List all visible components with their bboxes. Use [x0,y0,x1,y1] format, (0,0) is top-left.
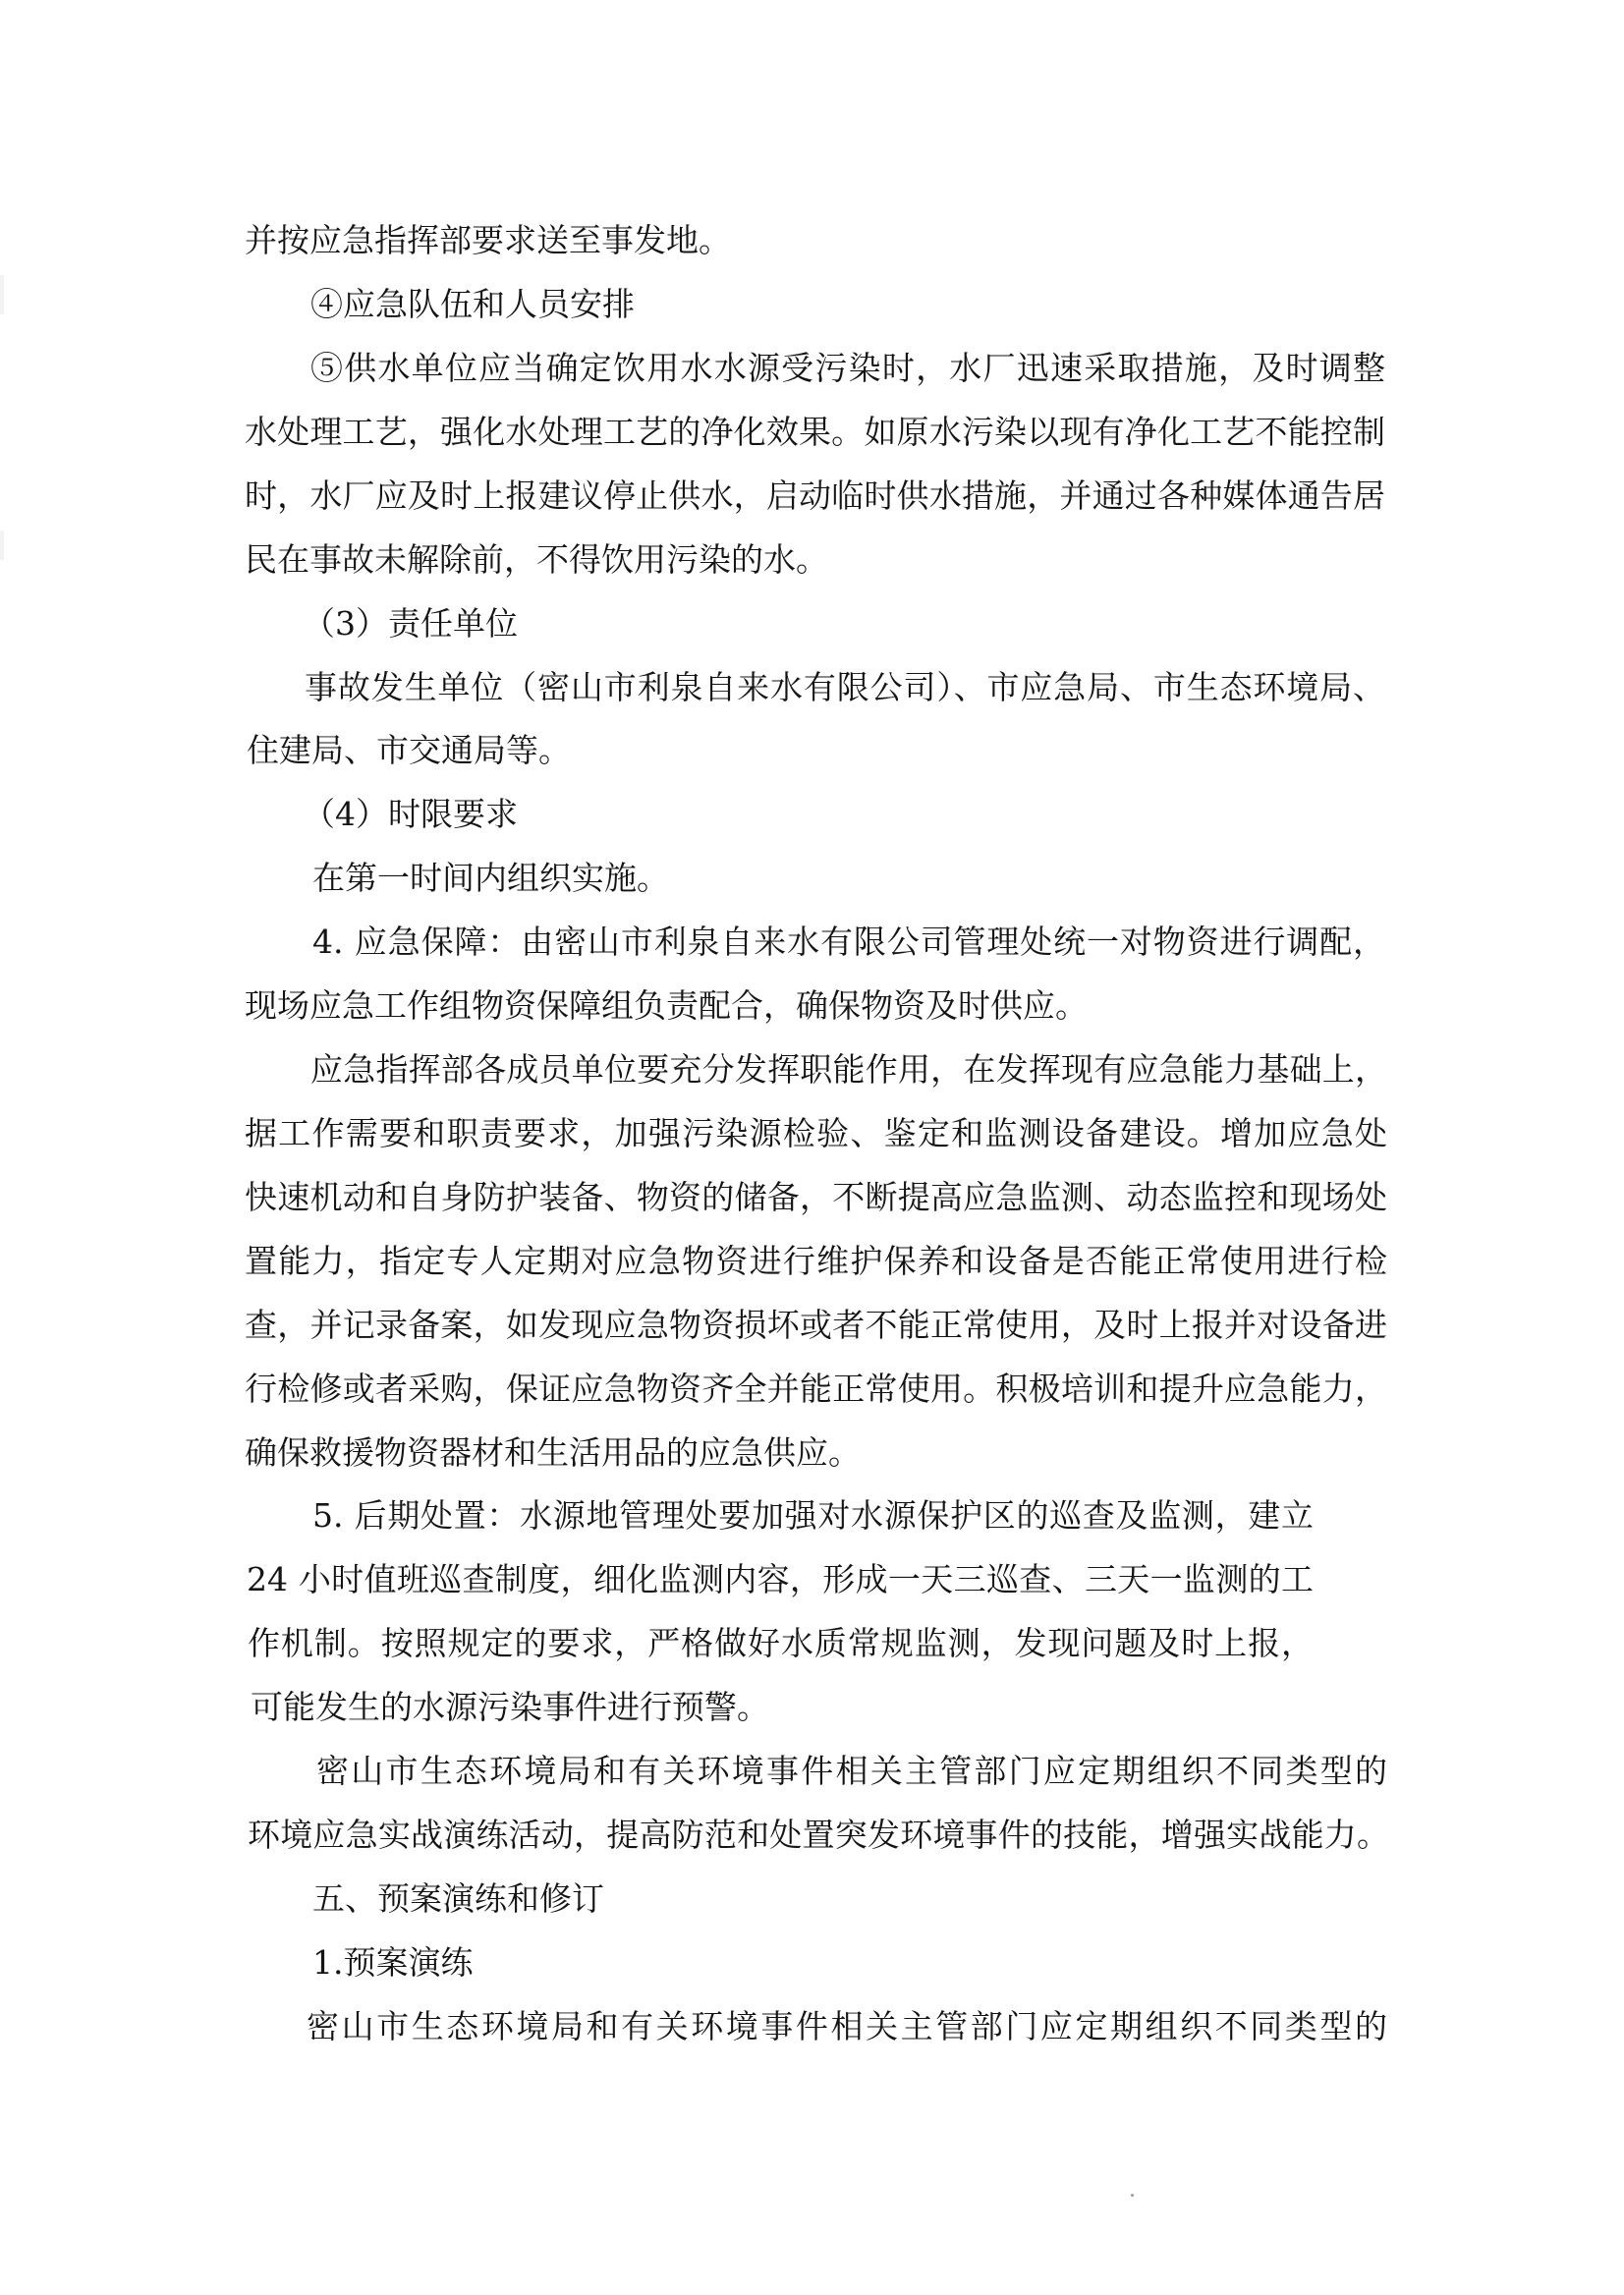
paragraph-line: 民在事故未解除前，不得饮用污染的水。 [245,529,828,591]
paragraph-line: ⑤供水单位应当确定饮用水水源受污染时，水厂迅速采取措施，及时调整 [310,337,1385,400]
document-page: 并按应急指挥部要求送至事发地。 ④应急队伍和人员安排 ⑤供水单位应当确定饮用水水… [0,0,1624,2295]
subsection-heading: （3）责任单位 [303,592,518,655]
paragraph-line: 5. 后期处置：水源地管理处要加强对水源保护区的巡查及监测，建立 [312,1484,1314,1547]
paragraph-line: 事故发生单位（密山市利泉自来水有限公司）、市应急局、市生态环境局、市 [305,656,1385,719]
paragraph-line: 查，并记录备案，如发现应急物资损坏或者不能正常使用，及时上报并对设备进 [245,1294,1387,1357]
paragraph-line: 密山市生态环境局和有关环境事件相关主管部门应定期组织不同类型的 [316,1740,1387,1803]
section-heading: 五、预案演练和修订 [312,1868,604,1931]
paragraph-line: 密山市生态环境局和有关环境事件相关主管部门应定期组织不同类型的 [307,1995,1387,2058]
paragraph-line: 并按应急指挥部要求送至事发地。 [245,209,731,272]
paragraph-line: 据工作需要和职责要求，加强污染源检验、鉴定和监测设备建设。增加应急处置、 [245,1102,1387,1165]
paragraph-line: 行检修或者采购，保证应急物资齐全并能正常使用。积极培训和提升应急能力， [245,1358,1387,1421]
scan-speck [1131,2194,1134,2197]
paragraph-line: 24 小时值班巡查制度，细化监测内容，形成一天三巡查、三天一监测的工 [247,1548,1314,1611]
paragraph-line: 置能力，指定专人定期对应急物资进行维护保养和设备是否能正常使用进行检 [245,1230,1387,1293]
paragraph-line: 作机制。按照规定的要求，严格做好水质常规监测，发现问题及时上报，对 [248,1612,1314,1675]
paragraph-line: 应急指挥部各成员单位要充分发挥职能作用，在发挥现有应急能力基础上，根 [310,1038,1387,1101]
paragraph-line: 快速机动和自身防护装备、物资的储备，不断提高应急监测、动态监控和现场处 [245,1166,1387,1229]
list-item-heading: ④应急队伍和人员安排 [310,273,635,336]
paragraph-line: 环境应急实战演练活动，提高防范和处置突发环境事件的技能，增强实战能力。 [248,1804,1389,1867]
paragraph-line: 时，水厂应及时上报建议停止供水，启动临时供水措施，并通过各种媒体通告居 [245,465,1385,528]
scan-edge-mark [0,531,4,560]
paragraph-line: 可能发生的水源污染事件进行预警。 [251,1676,769,1739]
paragraph-line: 在第一时间内组织实施。 [312,847,669,910]
subsection-heading: 1.预案演练 [312,1931,474,1994]
paragraph-line: 确保救援物资器材和生活用品的应急供应。 [245,1422,861,1484]
scan-edge-mark [0,275,4,314]
paragraph-line: 4. 应急保障：由密山市利泉自来水有限公司管理处统一对物资进行调配，由 [312,911,1385,974]
subsection-heading: （4）时限要求 [303,783,518,846]
paragraph-line: 水处理工艺，强化水处理工艺的净化效果。如原水污染以现有净化工艺不能控制 [245,401,1385,464]
paragraph-line: 现场应急工作组物资保障组负责配合，确保物资及时供应。 [245,975,1088,1037]
paragraph-line: 住建局、市交通局等。 [247,719,571,782]
